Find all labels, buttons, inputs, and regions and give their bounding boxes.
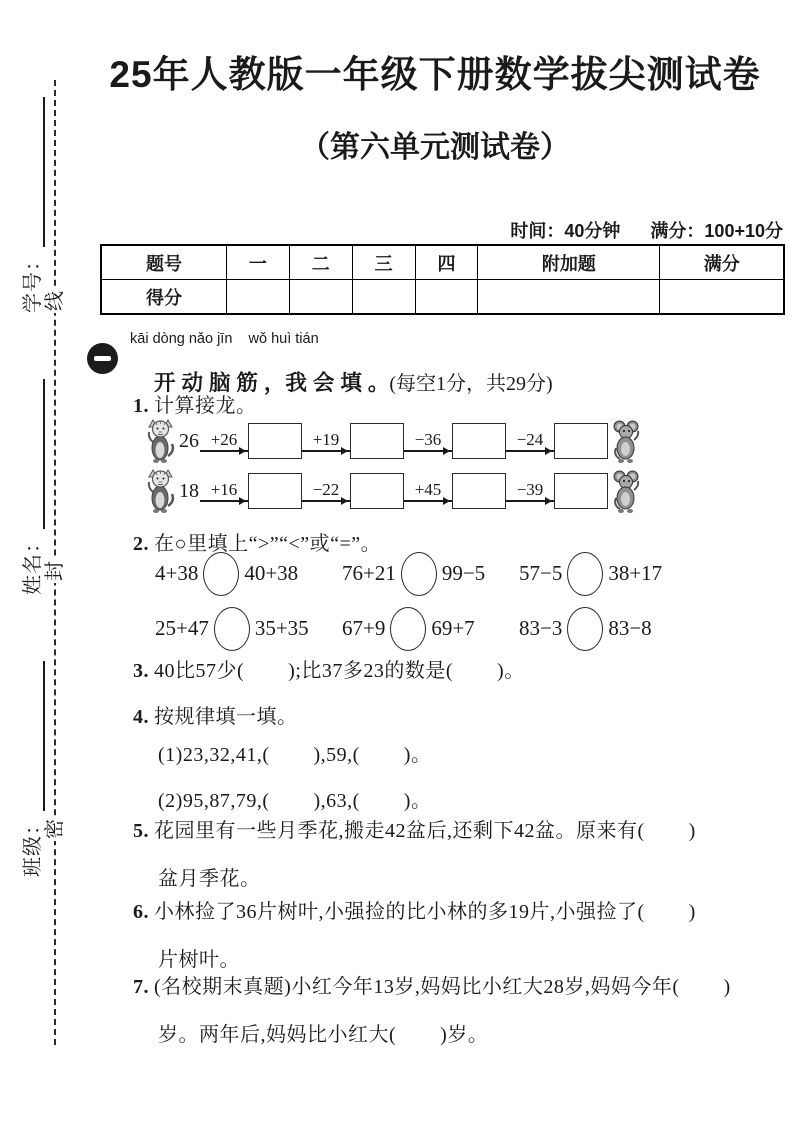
chain-answer-box[interactable] <box>452 423 506 459</box>
right-expression: 99−5 <box>442 561 485 586</box>
comparison-grid: 4+3840+38 76+2199−5 57−538+17 25+4735+35… <box>155 550 662 652</box>
exam-page: 班级： 姓名： 学号： 线 封 密 25年人教版一年级下册数学拔尖测试卷 （第六… <box>0 0 793 1121</box>
question-4-number: 4. <box>133 706 149 729</box>
page-subtitle: （第六单元测试卷） <box>85 122 785 166</box>
comparison-circle[interactable] <box>567 607 603 651</box>
right-expression: 69+7 <box>431 616 474 641</box>
arrow-right: +19 <box>302 430 350 452</box>
col-three: 三 <box>352 245 415 280</box>
question-5: 5. 花园里有一些月季花,搬走42盆后,还剩下42盆。原来有( ) <box>133 814 696 843</box>
one-glyph <box>94 356 111 361</box>
question-3-text: 40比57少( );比37多23的数是( )。 <box>154 654 525 683</box>
cat-icon <box>146 418 176 464</box>
score-cell[interactable] <box>289 280 352 315</box>
question-7-number: 7. <box>133 976 149 999</box>
score-cell[interactable] <box>352 280 415 315</box>
chain-answer-box[interactable] <box>350 473 404 509</box>
comparison-circle[interactable] <box>401 552 437 596</box>
score-cell[interactable] <box>660 280 784 315</box>
left-expression: 25+47 <box>155 616 209 641</box>
col-four: 四 <box>415 245 478 280</box>
operation-label: −39 <box>517 480 544 500</box>
mouse-icon <box>612 468 640 514</box>
question-4-text: 按规律填一填。 <box>154 700 298 729</box>
class-field: 班级： <box>16 661 45 877</box>
question-4-item-1-text: (1)23,32,41,( ),59,( )。 <box>158 738 431 767</box>
col-one: 一 <box>227 245 290 280</box>
score-cell[interactable] <box>478 280 660 315</box>
question-7-line2: 岁。两年后,妈妈比小红大( )岁。 <box>158 1018 488 1047</box>
chain-answer-box[interactable] <box>554 423 608 459</box>
class-blank-line[interactable] <box>29 661 45 811</box>
score-table-score-row: 得分 <box>101 280 784 315</box>
chain-answer-box[interactable] <box>350 423 404 459</box>
question-5-number: 5. <box>133 820 149 843</box>
mouse-icon <box>612 418 640 464</box>
cat-icon <box>146 468 176 514</box>
question-7: 7. (名校期末真题)小红今年13岁,妈妈比小红大28岁,妈妈今年( ) <box>133 970 731 999</box>
comparison-item: 76+2199−5 <box>342 550 519 597</box>
right-expression: 38+17 <box>608 561 662 586</box>
score-table: 题号 一 二 三 四 附加题 满分 得分 <box>100 244 785 315</box>
question-5-line1: 花园里有一些月季花,搬走42盆后,还剩下42盆。原来有( ) <box>154 814 696 843</box>
comparison-circle[interactable] <box>567 552 603 596</box>
question-6-line1: 小林捡了36片树叶,小强捡的比小林的多19片,小强捡了( ) <box>154 895 696 924</box>
operation-label: −22 <box>313 480 340 500</box>
arrow-right: −39 <box>506 480 554 502</box>
comparison-circle[interactable] <box>203 552 239 596</box>
operation-label: −36 <box>415 430 442 450</box>
operation-label: +19 <box>313 430 340 450</box>
seal-char-feng: 封 <box>41 559 69 583</box>
student-number-blank-line[interactable] <box>29 97 45 247</box>
question-6-number: 6. <box>133 901 149 924</box>
comparison-item: 67+969+7 <box>342 605 519 652</box>
operation-label: +45 <box>415 480 442 500</box>
right-expression: 40+38 <box>244 561 298 586</box>
page-title: 25年人教版一年级下册数学拔尖测试卷 <box>85 44 785 98</box>
question-3-number: 3. <box>133 660 149 683</box>
question-5-line2: 盆月季花。 <box>158 862 261 891</box>
comparison-item: 83−383−8 <box>519 605 662 652</box>
question-4-item-1: (1)23,32,41,( ),59,( )。 <box>158 738 431 767</box>
exam-meta: 时间：40分钟 满分：100+10分 <box>510 217 783 243</box>
arrow-right: +26 <box>200 430 248 452</box>
comparison-item: 25+4735+35 <box>155 605 342 652</box>
chain-start-value: 18 <box>179 480 199 503</box>
section-pinyin: kāi dòng nǎo jīn wǒ huì tián <box>130 331 747 347</box>
arrow-right: −36 <box>404 430 452 452</box>
comparison-item: 57−538+17 <box>519 550 662 597</box>
arrow-shaft <box>302 450 350 452</box>
col-two: 二 <box>289 245 352 280</box>
operation-label: −24 <box>517 430 544 450</box>
col-question-number: 题号 <box>101 245 227 280</box>
score-row-label: 得分 <box>101 280 227 315</box>
circled-one-badge <box>87 343 118 374</box>
name-blank-line[interactable] <box>29 379 45 529</box>
chain-row: 26 +26 +19 −36 −24 <box>146 416 640 466</box>
arrow-shaft <box>200 450 248 452</box>
right-expression: 35+35 <box>255 616 309 641</box>
question-4-item-2: (2)95,87,79,( ),63,( )。 <box>158 784 431 813</box>
question-6-continued: 片树叶。 <box>158 943 240 972</box>
arrow-right: −22 <box>302 480 350 502</box>
operation-label: +16 <box>211 480 238 500</box>
question-3: 3. 40比57少( );比37多23的数是( )。 <box>133 654 525 683</box>
arrow-right: −24 <box>506 430 554 452</box>
student-info-fields: 班级： 姓名： 学号： <box>12 97 48 877</box>
left-expression: 83−3 <box>519 616 562 641</box>
col-total: 满分 <box>660 245 784 280</box>
seal-char-mi: 密 <box>41 817 69 841</box>
arrow-shaft <box>404 500 452 502</box>
arrow-right: +45 <box>404 480 452 502</box>
calculation-chains: 26 +26 +19 −36 −24 <box>146 416 640 516</box>
arrow-shaft <box>404 450 452 452</box>
arrow-right: +16 <box>200 480 248 502</box>
score-cell[interactable] <box>227 280 290 315</box>
section-score-note: (每空1分，共29分) <box>389 373 552 395</box>
arrow-shaft <box>506 500 554 502</box>
question-2-number: 2. <box>133 533 149 556</box>
chain-answer-box[interactable] <box>452 473 506 509</box>
student-number-field: 学号： <box>16 97 45 313</box>
chain-answer-box[interactable] <box>248 423 302 459</box>
question-7-continued: 岁。两年后,妈妈比小红大( )岁。 <box>158 1018 488 1047</box>
seal-char-xian: 线 <box>41 289 69 313</box>
comparison-item: 4+3840+38 <box>155 550 342 597</box>
score-table-header-row: 题号 一 二 三 四 附加题 满分 <box>101 245 784 280</box>
chain-row: 18 +16 −22 +45 −39 <box>146 466 640 516</box>
full-score: 满分：100+10分 <box>650 217 783 243</box>
arrow-shaft <box>506 450 554 452</box>
question-6-line2: 片树叶。 <box>158 943 240 972</box>
arrow-shaft <box>302 500 350 502</box>
time-limit: 时间：40分钟 <box>510 217 620 243</box>
comparison-circle[interactable] <box>390 607 426 651</box>
question-5-continued: 盆月季花。 <box>158 862 261 891</box>
chain-start-value: 26 <box>179 430 199 453</box>
chain-answer-box[interactable] <box>554 473 608 509</box>
left-expression: 76+21 <box>342 561 396 586</box>
left-expression: 67+9 <box>342 616 385 641</box>
score-cell[interactable] <box>415 280 478 315</box>
question-1-number: 1. <box>133 395 149 418</box>
comparison-circle[interactable] <box>214 607 250 651</box>
col-bonus: 附加题 <box>478 245 660 280</box>
left-expression: 57−5 <box>519 561 562 586</box>
question-7-line1: (名校期末真题)小红今年13岁,妈妈比小红大28岁,妈妈今年( ) <box>154 970 731 999</box>
operation-label: +26 <box>211 430 238 450</box>
chain-answer-box[interactable] <box>248 473 302 509</box>
question-4-item-2-text: (2)95,87,79,( ),63,( )。 <box>158 784 431 813</box>
question-1: 1. 计算接龙。 <box>133 389 257 418</box>
question-1-text: 计算接龙。 <box>154 389 257 418</box>
question-4: 4. 按规律填一填。 <box>133 700 298 729</box>
right-expression: 83−8 <box>608 616 651 641</box>
question-6: 6. 小林捡了36片树叶,小强捡的比小林的多19片,小强捡了( ) <box>133 895 696 924</box>
left-expression: 4+38 <box>155 561 198 586</box>
arrow-shaft <box>200 500 248 502</box>
